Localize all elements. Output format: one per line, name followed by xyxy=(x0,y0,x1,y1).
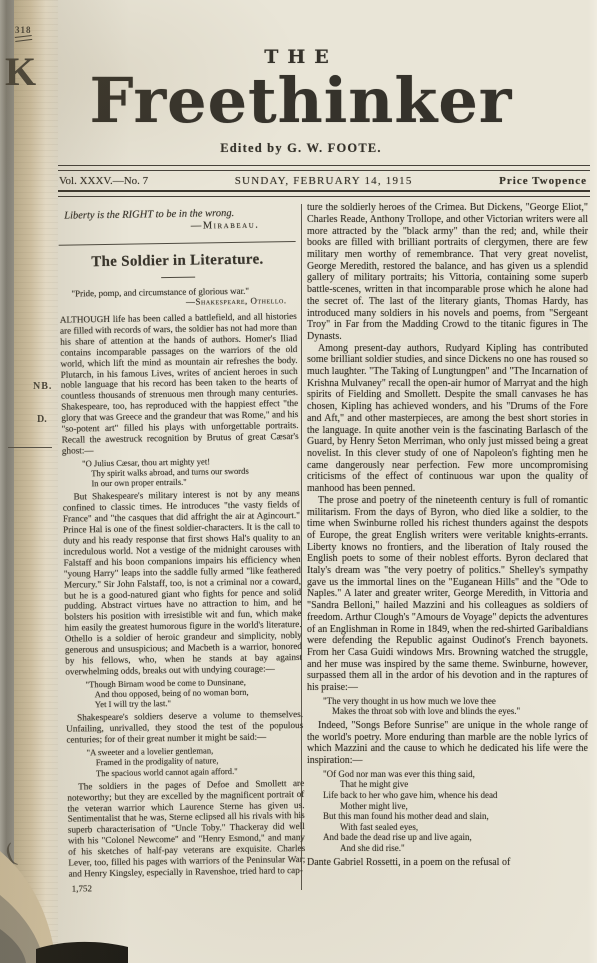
volume-number: Vol. XXXV.—No. 7 xyxy=(59,175,148,187)
epigraph: "Pride, pomp, and circumstance of glorio… xyxy=(59,285,296,315)
motto-attribution: —Mirabeau. xyxy=(64,219,291,234)
verse-quote: "O Julius Cæsar, thou art mighty yet! Th… xyxy=(82,455,299,489)
verse-line: In our own proper entrails." xyxy=(82,475,299,489)
bottom-left-page-curl xyxy=(0,833,150,963)
adjacent-page-letter: K xyxy=(5,48,36,95)
dateline: Vol. XXXV.—No. 7 SUNDAY, FEBRUARY 14, 19… xyxy=(58,171,590,190)
paragraph: Among present-day authors, Rudyard Kipli… xyxy=(307,343,588,495)
margin-fragment: D. xyxy=(37,414,47,425)
paragraph: But Shakespeare's military interest is n… xyxy=(63,489,303,678)
verse-quote: "Of God nor man was ever this thing said… xyxy=(323,769,588,854)
editor-line: Edited by G. W. FOOTE. xyxy=(58,141,544,156)
verse-line: Yet I will try the last." xyxy=(86,696,303,710)
verse-line: And bade the dead rise up and live again… xyxy=(323,832,588,843)
margin-fragment: NB. xyxy=(33,381,52,392)
title-rule xyxy=(161,277,195,279)
verse-line: With fast sealed eyes, xyxy=(323,822,588,833)
verse-quote: "Though Birnam wood be come to Dunsinane… xyxy=(85,676,302,710)
right-column: ture the soldierly heroes of the Crimea.… xyxy=(307,202,590,890)
verse-line: "Of God nor man was ever this thing said… xyxy=(323,769,588,780)
verse-line: "The very thought in us how much we love… xyxy=(323,696,588,707)
paper-title: Freethinker xyxy=(58,69,544,132)
paragraph: Indeed, "Songs Before Sunrise" are uniqu… xyxy=(307,720,588,767)
margin-fragment-rule xyxy=(8,447,52,448)
article-columns: Liberty is the RIGHT to be in the wrong.… xyxy=(58,202,590,890)
article-title: The Soldier in Literature. xyxy=(59,251,296,272)
verse-quote: "The very thought in us how much we love… xyxy=(323,696,588,717)
paragraph: The prose and poetry of the nineteenth c… xyxy=(307,495,588,694)
verse-line: Makes the throat sob with love and blind… xyxy=(323,706,588,717)
verse-line: And she did rise." xyxy=(323,843,588,854)
page-edge-strip xyxy=(14,0,58,963)
page-content: THE Freethinker Edited by G. W. FOOTE. V… xyxy=(58,0,590,890)
verse-line: Mother might live, xyxy=(323,801,588,812)
paragraph: Dante Gabriel Rossetti, in a poem on the… xyxy=(307,857,588,869)
paragraph: Shakespeare's soldiers deserve a volume … xyxy=(66,710,303,746)
issue-date: SUNDAY, FEBRUARY 14, 1915 xyxy=(235,175,413,187)
column-rule xyxy=(59,241,296,246)
adjacent-page-number: 318 xyxy=(15,25,32,41)
verse-line: But this man found his mother dead and s… xyxy=(323,811,588,822)
book-spine-shadow xyxy=(0,0,14,963)
newspaper-page-scan: 318 K NB. D. ( THE Freethinker Edited by… xyxy=(0,0,597,963)
motto: Liberty is the RIGHT to be in the wrong.… xyxy=(58,202,295,234)
verse-quote: "A sweeter and a lovelier gentleman, Fra… xyxy=(87,744,304,778)
verse-line: Life back to her who gave him, whence hi… xyxy=(323,790,588,801)
left-column: Liberty is the RIGHT to be in the wrong.… xyxy=(58,202,295,890)
paragraph: ALTHOUGH life has been called a battlefi… xyxy=(60,311,299,456)
verse-line: That he might give xyxy=(323,779,588,790)
price: Price Twopence xyxy=(499,175,587,187)
dateline-rule-bottom xyxy=(58,190,590,197)
masthead: THE Freethinker Edited by G. W. FOOTE. xyxy=(58,0,590,156)
paragraph: ture the soldierly heroes of the Crimea.… xyxy=(307,202,588,342)
